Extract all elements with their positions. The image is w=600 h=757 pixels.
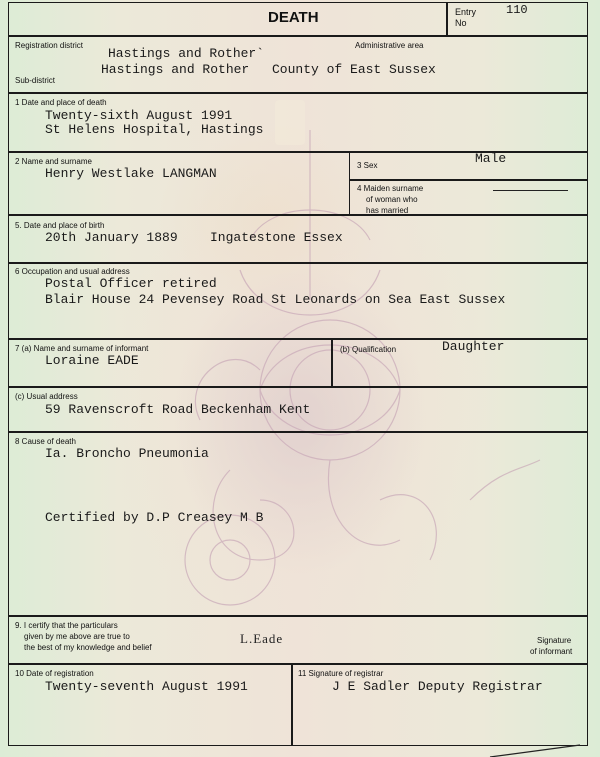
occupation-value: Postal Officer retired xyxy=(45,276,217,291)
field-3-box xyxy=(349,151,588,181)
maiden-surname-label: 4 Maiden surname xyxy=(357,184,423,194)
registration-district-label: Registration district xyxy=(15,41,83,51)
registrar-signature-label: 11 Signature of registrar xyxy=(298,669,383,679)
informant-address-label: (c) Usual address xyxy=(15,392,78,402)
registration-district-value: Hastings and Rother` xyxy=(108,46,264,61)
cause-of-death: Ia. Broncho Pneumonia xyxy=(45,446,209,461)
certify-label-2: given by me above are true to xyxy=(24,632,130,642)
registration-date-label: 10 Date of registration xyxy=(15,669,94,679)
deceased-name: Henry Westlake LANGMAN xyxy=(45,166,217,181)
signature-of-informant-label: Signature xyxy=(537,636,571,646)
sub-district-value: Hastings and Rother xyxy=(101,62,249,77)
place-of-death: St Helens Hospital, Hastings xyxy=(45,122,263,137)
registrar-signature: J E Sadler Deputy Registrar xyxy=(332,679,543,694)
informant-signature: L.Eade xyxy=(240,631,283,647)
certified-by: Certified by D.P Creasey M B xyxy=(45,510,263,525)
informant-address: 59 Ravenscroft Road Beckenham Kent xyxy=(45,402,310,417)
date-of-death: Twenty-sixth August 1991 xyxy=(45,108,232,123)
sex-label: 3 Sex xyxy=(357,161,377,171)
maiden-surname-label-2: of woman who xyxy=(366,195,418,205)
administrative-area-label: Administrative area xyxy=(355,41,423,51)
registration-date: Twenty-seventh August 1991 xyxy=(45,679,248,694)
sex-value: Male xyxy=(475,151,506,166)
administrative-area-value: County of East Sussex xyxy=(272,62,436,77)
usual-address-value: Blair House 24 Pevensey Road St Leonards… xyxy=(45,292,505,307)
certify-label-3: the best of my knowledge and belief xyxy=(24,643,152,653)
date-of-birth: 20th January 1889 xyxy=(45,230,178,245)
sub-district-label: Sub-district xyxy=(15,76,55,86)
maiden-surname-blank-line xyxy=(493,190,568,191)
entry-number: 110 xyxy=(506,3,528,17)
informant-name: Loraine EADE xyxy=(45,353,139,368)
page-title: DEATH xyxy=(268,9,319,26)
date-place-death-label: 1 Date and place of death xyxy=(15,98,107,108)
qualification-value: Daughter xyxy=(442,339,504,354)
place-of-birth: Ingatestone Essex xyxy=(210,230,343,245)
entry-label: Entry xyxy=(455,7,476,17)
entry-no-label: No xyxy=(455,18,467,28)
certify-label-1: 9. I certify that the particulars xyxy=(15,621,118,631)
qualification-label: (b) Qualification xyxy=(340,345,396,355)
signature-of-informant-label-2: of informant xyxy=(530,647,572,657)
title-box xyxy=(8,2,448,37)
